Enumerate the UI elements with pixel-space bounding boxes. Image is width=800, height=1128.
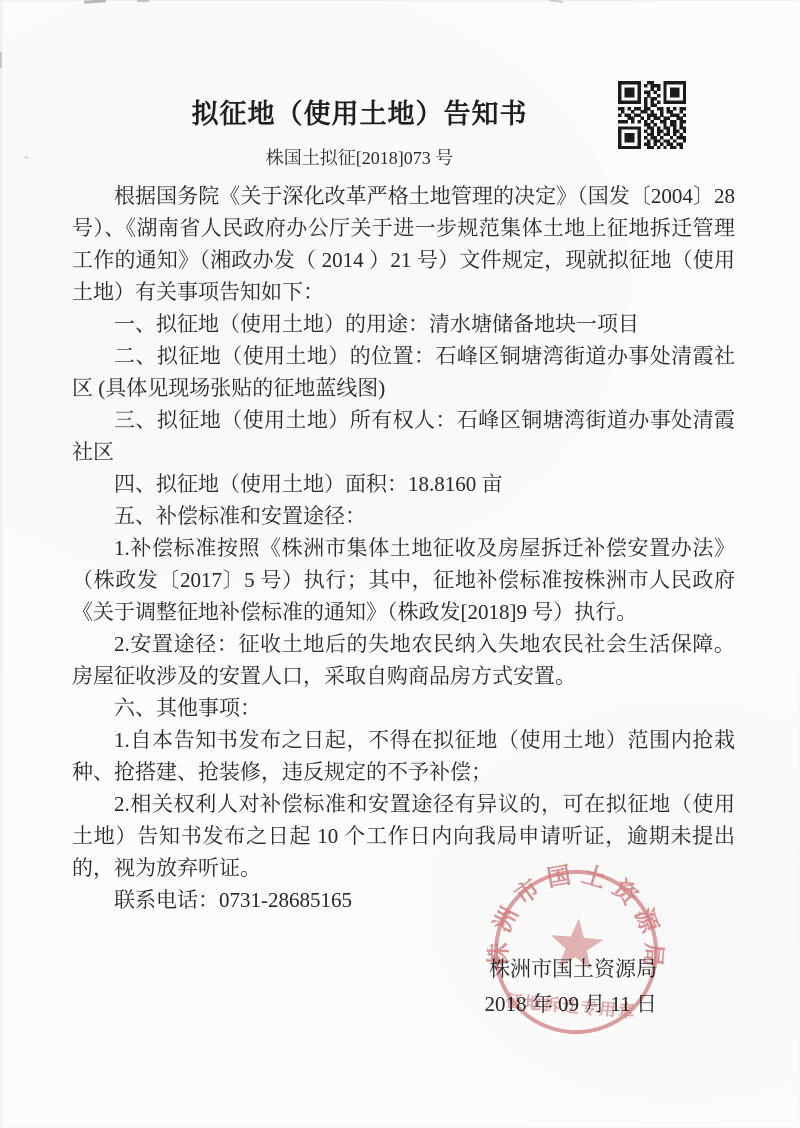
paragraph-item-5-sub-2: 2.安置途径：征收土地后的失地农民纳入失地农民社会生活保障。房屋征收涉及的安置人… [72, 628, 735, 692]
scan-artifact [0, 52, 2, 68]
paragraph-item-6-sub-1: 1.自本告知书发布之日起，不得在拟征地（使用土地）范围内抢栽种、抢搭建、抢装修，… [72, 724, 735, 788]
document-body: 根据国务院《关于深化改革严格土地管理的决定》（国发〔2004〕28 号）、《湖南… [72, 180, 735, 916]
paragraph-item-5: 五、补偿标准和安置途径： [72, 500, 735, 532]
scan-artifact [137, 0, 149, 2]
paragraph-item-4: 四、拟征地（使用土地）面积：18.8160 亩 [72, 468, 735, 500]
document-content: 拟征地（使用土地）告知书 株国土拟征[2018]073 号 根据国务院《关于深化… [72, 0, 735, 1022]
paragraph-item-2: 二、拟征地（使用土地）的位置：石峰区铜塘湾街道办事处清霞社区 (具体见现场张贴的… [72, 340, 735, 404]
signature-org: 株洲市国土资源局 [72, 952, 657, 987]
paragraph-item-1: 一、拟征地（使用土地）的用途：清水塘储备地块一项目 [72, 308, 735, 340]
qr-code-icon [617, 81, 687, 149]
paragraph-contact-phone: 联系电话：0731-28685165 [72, 884, 735, 916]
scan-artifact [24, 156, 29, 159]
paragraph-intro: 根据国务院《关于深化改革严格土地管理的决定》（国发〔2004〕28 号）、《湖南… [72, 180, 735, 308]
document-heading: 拟征地（使用土地）告知书 株国土拟征[2018]073 号 [72, 92, 647, 170]
paragraph-item-3: 三、拟征地（使用土地）所有权人：石峰区铜塘湾街道办事处清霞社区 [72, 404, 735, 468]
document-number: 株国土拟征[2018]073 号 [72, 144, 647, 170]
scanned-document-page: 拟征地（使用土地）告知书 株国土拟征[2018]073 号 根据国务院《关于深化… [0, 0, 800, 1128]
document-title: 拟征地（使用土地）告知书 [72, 92, 647, 131]
signature-block: 株洲市国土资源局 2018 年 09 月 11 日 [72, 952, 735, 1022]
paragraph-item-6: 六、其他事项： [72, 692, 735, 724]
paragraph-item-5-sub-1: 1.补偿标准按照《株洲市集体土地征收及房屋拆迁补偿安置办法》（株政发〔2017〕… [72, 532, 735, 628]
qr-code-svg [617, 81, 687, 149]
signature-date: 2018 年 09 月 11 日 [72, 987, 657, 1022]
paragraph-item-6-sub-2: 2.相关权利人对补偿标准和安置途径有异议的，可在拟征地（使用土地）告知书发布之日… [72, 788, 735, 884]
